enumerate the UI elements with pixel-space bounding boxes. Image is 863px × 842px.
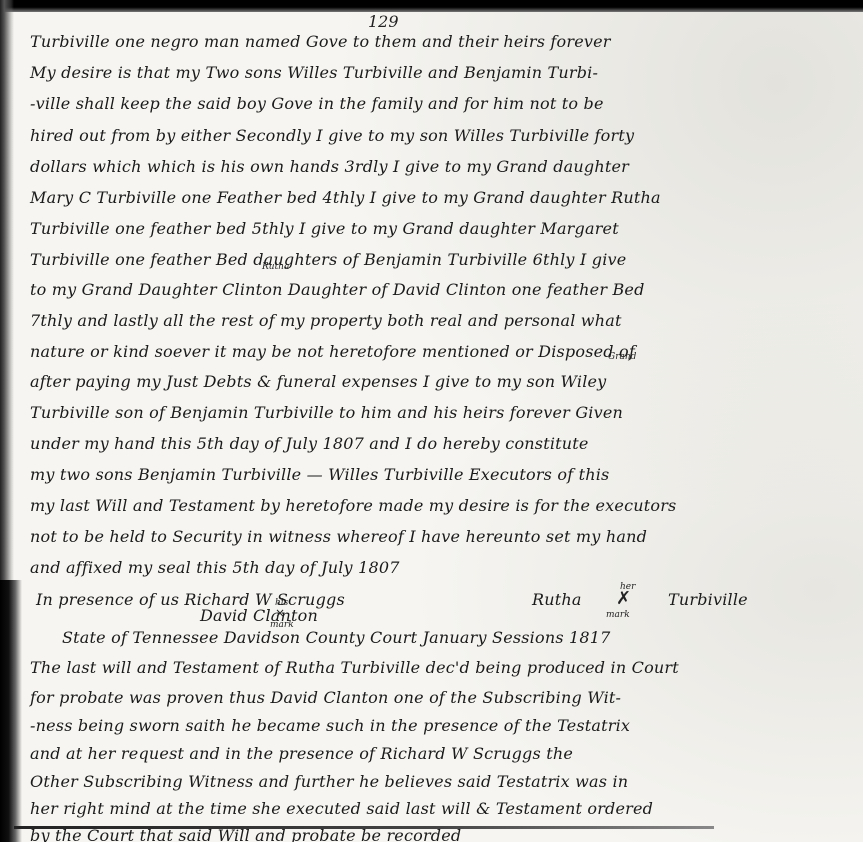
insertion-rutha: Rutha [262, 262, 289, 272]
signature-first-name: Rutha [532, 590, 582, 609]
text-line: Turbiville one negro man named Gove to t… [30, 32, 611, 51]
witness-mark-icon: × [275, 606, 285, 620]
text-line: Turbiville one feather bed 5thly I give … [30, 219, 619, 238]
text-line: Turbiville one feather Bed daughters of … [30, 250, 626, 269]
insertion-grand: Grand [608, 352, 636, 362]
text-line: -ville shall keep the said boy Gove in t… [30, 94, 604, 113]
text-line: her right mind at the time she executed … [30, 799, 653, 818]
text-line: after paying my Just Debts & funeral exp… [30, 372, 606, 391]
signature-mark-icon: ✗ [616, 588, 631, 609]
text-line: my two sons Benjamin Turbiville — Willes… [30, 465, 609, 484]
court-heading: State of Tennessee Davidson County Court… [62, 628, 611, 647]
text-line: -ness being sworn saith he became such i… [30, 716, 630, 735]
signature-last-name: Turbiville [668, 590, 748, 609]
witness-david-clanton: David Clanton [200, 606, 318, 625]
signature-mark-label: mark [606, 610, 630, 620]
text-line: under my hand this 5th day of July 1807 … [30, 434, 589, 453]
text-line: and affixed my seal this 5th day of July… [30, 558, 400, 577]
text-line: Turbiville son of Benjamin Turbiville to… [30, 403, 623, 422]
text-line: nature or kind soever it may be not here… [30, 342, 635, 361]
text-line: hired out from by either Secondly I give… [30, 126, 634, 145]
text-line: Mary C Turbiville one Feather bed 4thly … [30, 188, 661, 207]
text-line: Other Subscribing Witness and further he… [30, 772, 628, 791]
text-line: to my Grand Daughter Clinton Daughter of… [30, 280, 645, 299]
manuscript-page: 129 Turbiville one negro man named Gove … [0, 0, 863, 842]
text-line: not to be held to Security in witness wh… [30, 527, 647, 546]
text-line: and at her request and in the presence o… [30, 744, 573, 763]
text-line: for probate was proven thus David Clanto… [30, 688, 621, 707]
text-line: by the Court that said Will and probate … [30, 826, 461, 842]
page-number: 129 [368, 12, 399, 31]
text-line: 7thly and lastly all the rest of my prop… [30, 311, 622, 330]
text-line: My desire is that my Two sons Willes Tur… [30, 63, 598, 82]
text-line: my last Will and Testament by heretofore… [30, 496, 676, 515]
text-line: dollars which which is his own hands 3rd… [30, 157, 629, 176]
scan-left-edge-shadow [0, 580, 22, 842]
text-line: The last will and Testament of Rutha Tur… [30, 658, 679, 677]
scan-top-border [0, 0, 863, 12]
